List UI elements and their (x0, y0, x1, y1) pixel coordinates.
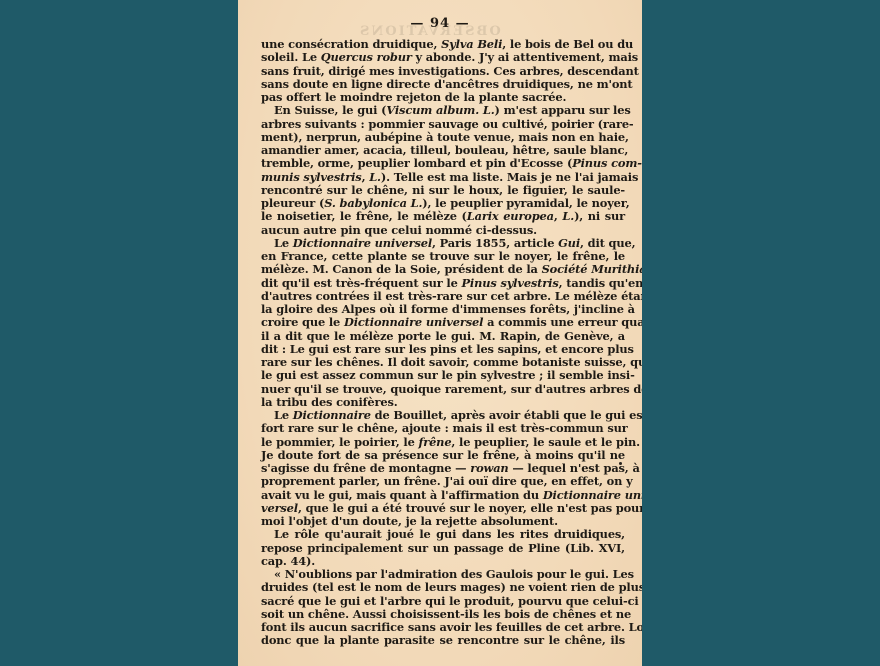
text-segment: croire que le (261, 315, 344, 329)
italic-text: frêne (418, 435, 451, 449)
text-line: pleureur (S. babylonica L.), le peuplier… (261, 197, 625, 210)
italic-text: Gui (558, 236, 580, 250)
text-segment: moi l'objet d'un doute, je la rejette ab… (261, 514, 558, 528)
text-segment: ). Telle est ma liste. Mais je ne l'ai j… (381, 170, 638, 184)
text-segment: , le bois de Bel ou du (502, 37, 633, 51)
text-line: druides (tel est le nom de leurs mages) … (261, 581, 625, 594)
text-line: Le Dictionnaire universel, Paris 1855, a… (261, 237, 625, 250)
text-line: s'agisse du frêne de montagne — rowan — … (261, 462, 625, 475)
text-line: « N'oublions par l'admiration des Gauloi… (261, 568, 625, 581)
text-segment: mélèze. M. Canon de la Soie, président d… (261, 262, 542, 276)
text-line: rencontré sur le chêne, ni sur le houx, … (261, 184, 625, 197)
text-line: d'autres contrées il est très-rare sur c… (261, 290, 625, 303)
text-segment: , le peuplier, le saule et le pin. (451, 435, 640, 449)
text-segment: dit qu'il est très-fréquent sur le (261, 276, 462, 290)
text-line: Le rôle qu'aurait joué le gui dans les r… (261, 528, 625, 541)
text-line: le gui est assez commun sur le pin sylve… (261, 369, 625, 382)
text-segment: ) m'est apparu sur les (495, 103, 631, 117)
text-segment: sans fruit, dirigé mes investigations. C… (261, 64, 639, 78)
text-line: il a dit que le mélèze porte le gui. M. … (261, 330, 625, 343)
text-line: nuer qu'il se trouve, quoique rarement, … (261, 383, 625, 396)
text-segment: nuer qu'il se trouve, quoique rarement, … (261, 382, 642, 396)
text-line: soleil. Le Quercus robur y abonde. J'y a… (261, 51, 625, 64)
text-line: font ils aucun sacrifice sans avoir les … (261, 621, 625, 634)
text-segment: Le rôle qu'aurait joué le gui dans les r… (274, 527, 625, 541)
italic-text: S. babylonica L. (324, 196, 422, 210)
italic-text: rowan (470, 461, 508, 475)
italic-text: Dictionnaire universel (344, 315, 483, 329)
text-line: pas offert le moindre rejeton de la plan… (261, 91, 625, 104)
text-segment: En Suisse, le gui ( (274, 103, 386, 117)
page-body-text: une consécration druidique, Sylva Beli, … (261, 38, 625, 648)
italic-text: Pinus com- (572, 156, 642, 170)
text-segment: une consécration druidique, (261, 37, 441, 51)
text-segment: s'agisse du frêne de montagne — (261, 461, 470, 475)
text-line: avait vu le gui, mais quant à l'affirmat… (261, 489, 625, 502)
text-line: croire que le Dictionnaire universel a c… (261, 316, 625, 329)
text-line: mélèze. M. Canon de la Soie, président d… (261, 263, 625, 276)
text-segment: le noisetier, le frêne, le mélèze ( (261, 209, 467, 223)
text-line: Je doute fort de sa présence sur le frên… (261, 449, 625, 462)
italic-text: Quercus robur (321, 50, 412, 64)
text-segment: de Bouillet, après avoir établi que le g… (371, 408, 642, 422)
text-line: une consécration druidique, Sylva Beli, … (261, 38, 625, 51)
italic-text: Sylva Beli (441, 37, 502, 51)
text-segment: soleil. Le (261, 50, 321, 64)
text-segment: , tandis qu'en (559, 276, 642, 290)
text-line: cap. 44). (261, 555, 625, 568)
text-segment: avait vu le gui, mais quant à l'affirmat… (261, 488, 543, 502)
text-line: tremble, orme, peuplier lombard et pin d… (261, 157, 625, 170)
text-segment: Le (274, 408, 293, 422)
italic-text: Dictionnaire universel (293, 236, 432, 250)
text-segment: , que le gui a été trouvé sur le noyer, … (298, 501, 642, 515)
text-segment: Je doute fort de sa présence sur le frên… (261, 448, 625, 462)
text-line: en France, cette plante se trouve sur le… (261, 250, 625, 263)
text-segment: aucun autre pin que celui nommé ci-dessu… (261, 223, 537, 237)
text-line: le pommier, le poirier, le frêne, le peu… (261, 436, 625, 449)
text-segment: en France, cette plante se trouve sur le… (261, 249, 625, 263)
text-segment: fort rare sur le chêne, ajoute : mais il… (261, 421, 628, 435)
text-line: ment), nerprun, aubépine à toute venue, … (261, 131, 625, 144)
text-line: amandier amer, acacia, tilleul, bouleau,… (261, 144, 625, 157)
page-number: — 94 — (238, 16, 642, 31)
text-line: arbres suivants : pommier sauvage ou cul… (261, 118, 625, 131)
text-line: En Suisse, le gui (Viscum album. L.) m'e… (261, 104, 625, 117)
italic-text: Dictionnaire uni- (543, 488, 642, 502)
text-segment: , dit que, (580, 236, 635, 250)
text-segment: pas offert le moindre rejeton de la plan… (261, 90, 566, 104)
italic-text: Société Murithian (542, 262, 642, 276)
text-line: rare sur les chênes. Il doit savoir, com… (261, 356, 625, 369)
text-segment: cap. 44). (261, 554, 315, 568)
text-segment: arbres suivants : pommier sauvage ou cul… (261, 117, 634, 131)
scanned-page: OBSERVATIONS — 94 — une consécration dru… (238, 0, 642, 666)
text-segment: il a dit que le mélèze porte le gui. M. … (261, 329, 625, 343)
text-line: donc que la plante parasite se rencontre… (261, 634, 625, 647)
text-segment: pleureur ( (261, 196, 324, 210)
italic-text: Pinus sylvestris (462, 276, 559, 290)
text-segment: le gui est assez commun sur le pin sylve… (261, 368, 635, 382)
text-line: sacré que le gui et l'arbre qui le produ… (261, 595, 625, 608)
text-line: sans doute en ligne directe d'ancêtres d… (261, 78, 625, 91)
text-line: aucun autre pin que celui nommé ci-dessu… (261, 224, 625, 237)
text-line: le noisetier, le frêne, le mélèze (Larix… (261, 210, 625, 223)
text-line: dit : Le gui est rare sur les pins et le… (261, 343, 625, 356)
text-segment: sans doute en ligne directe d'ancêtres d… (261, 77, 633, 91)
text-segment: ), le peuplier pyramidal, le noyer, (422, 196, 629, 210)
text-line: dit qu'il est très-fréquent sur le Pinus… (261, 277, 625, 290)
text-segment: font ils aucun sacrifice sans avoir les … (261, 620, 642, 634)
italic-text: Dictionnaire (293, 408, 371, 422)
text-segment: le pommier, le poirier, le (261, 435, 418, 449)
text-segment: druides (tel est le nom de leurs mages) … (261, 580, 642, 594)
text-segment: ment), nerprun, aubépine à toute venue, … (261, 130, 629, 144)
italic-text: L. (562, 209, 574, 223)
document-viewer: OBSERVATIONS — 94 — une consécration dru… (0, 0, 880, 666)
text-segment: « N'oublions par l'admiration des Gauloi… (274, 567, 634, 581)
text-line: la gloire des Alpes où il forme d'immens… (261, 303, 625, 316)
text-line: munis sylvestris, L.). Telle est ma list… (261, 171, 625, 184)
italic-text: versel (261, 501, 298, 515)
text-segment: dit : Le gui est rare sur les pins et le… (261, 342, 634, 356)
text-segment: tremble, orme, peuplier lombard et pin d… (261, 156, 572, 170)
text-segment: , Paris 1855, article (432, 236, 558, 250)
text-segment: repose principalement sur un passage de … (261, 541, 625, 555)
text-line: la tribu des conifères. (261, 396, 625, 409)
text-segment: a commis une erreur quand (483, 315, 642, 329)
text-line: Le Dictionnaire de Bouillet, après avoir… (261, 409, 625, 422)
text-line: fort rare sur le chêne, ajoute : mais il… (261, 422, 625, 435)
text-segment: donc que la plante parasite se rencontre… (261, 633, 625, 647)
text-segment: y abonde. J'y ai attentivement, mais (412, 50, 638, 64)
italic-text: Larix europea (467, 209, 554, 223)
text-segment: la gloire des Alpes où il forme d'immens… (261, 302, 635, 316)
text-segment: Le (274, 236, 293, 250)
text-segment: la tribu des conifères. (261, 395, 398, 409)
text-segment: d'autres contrées il est très-rare sur c… (261, 289, 642, 303)
text-segment: amandier amer, acacia, tilleul, bouleau,… (261, 143, 628, 157)
italic-text: munis sylvestris (261, 170, 362, 184)
text-line: repose principalement sur un passage de … (261, 542, 625, 555)
italic-text: Viscum album. L. (386, 103, 494, 117)
text-segment: sacré que le gui et l'arbre qui le produ… (261, 594, 639, 608)
text-line: proprement parler, un frêne. J'ai ouï di… (261, 475, 625, 488)
text-segment: rencontré sur le chêne, ni sur le houx, … (261, 183, 625, 197)
text-segment: proprement parler, un frêne. J'ai ouï di… (261, 474, 633, 488)
text-line: moi l'objet d'un doute, je la rejette ab… (261, 515, 625, 528)
text-line: sans fruit, dirigé mes investigations. C… (261, 65, 625, 78)
text-segment: rare sur les chênes. Il doit savoir, com… (261, 355, 642, 369)
text-line: soit un chêne. Aussi choisissent-ils les… (261, 608, 625, 621)
text-segment: ), ni sur (574, 209, 625, 223)
margin-speck (619, 462, 622, 465)
text-segment: soit un chêne. Aussi choisissent-ils les… (261, 607, 631, 621)
italic-text: L. (369, 170, 381, 184)
text-line: versel, que le gui a été trouvé sur le n… (261, 502, 625, 515)
